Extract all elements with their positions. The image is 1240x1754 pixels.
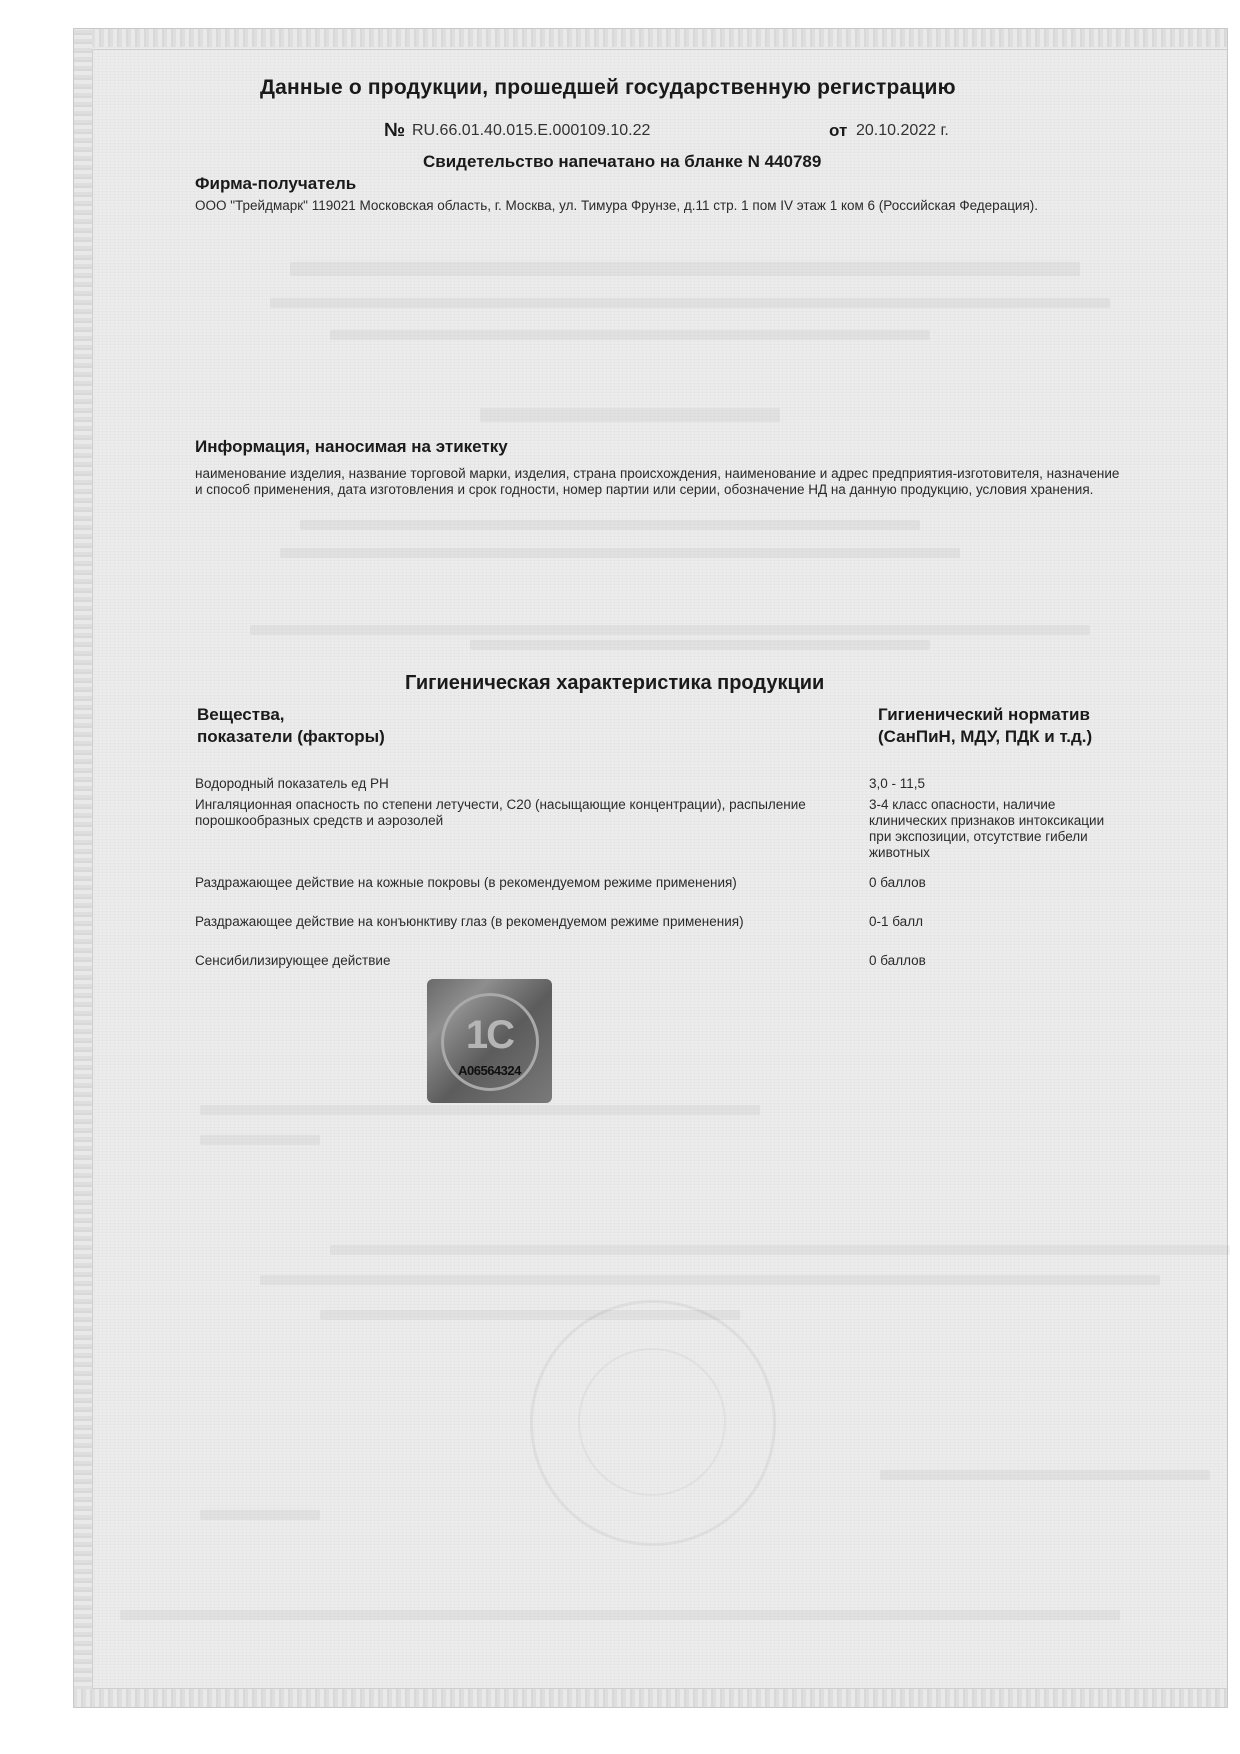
date-label: от <box>829 121 847 141</box>
label-info-text: наименование изделия, название торговой … <box>195 466 1120 498</box>
registration-date: 20.10.2022 г. <box>856 122 949 140</box>
column-header-substances: Вещества, показатели (факторы) <box>197 704 385 748</box>
table-row-substance: Раздражающее действие на конъюнктиву гла… <box>195 914 785 930</box>
table-row-norm: 3-4 класс опасности, наличие клинических… <box>869 797 1114 861</box>
ornamental-border-left <box>74 29 92 1707</box>
table-row-substance: Ингаляционная опасность по степени летуч… <box>195 797 865 829</box>
table-row-norm: 0-1 балл <box>869 914 1129 930</box>
ornamental-border-bottom <box>74 1689 1227 1707</box>
recipient-address: ООО "Трейдмарк" 119021 Московская област… <box>195 198 1075 214</box>
table-row-norm: 0 баллов <box>869 875 1129 891</box>
table-row-substance: Сенсибилизирующее действие <box>195 953 785 969</box>
number-label: № <box>384 120 405 142</box>
recipient-heading: Фирма-получатель <box>195 174 356 194</box>
ornamental-border-top <box>74 29 1227 47</box>
faint-seal-stamp <box>530 1300 776 1546</box>
table-row-substance: Водородный показатель ед PH <box>195 776 845 792</box>
label-info-heading: Информация, наносимая на этикетку <box>195 437 508 457</box>
column-header-norms: Гигиенический норматив (СанПиН, МДУ, ПДК… <box>878 704 1092 748</box>
table-row-substance: Раздражающее действие на кожные покровы … <box>195 875 785 891</box>
hologram-mark: 1С <box>427 1013 552 1058</box>
page-title: Данные о продукции, прошедшей государств… <box>260 76 956 100</box>
certification-hologram-icon: 1С A06564324 <box>427 979 552 1103</box>
hygiene-heading: Гигиеническая характеристика продукции <box>405 672 824 695</box>
blank-number-note: Свидетельство напечатано на бланке N 440… <box>423 152 821 172</box>
table-row-norm: 3,0 - 11,5 <box>869 776 1129 792</box>
table-row-norm: 0 баллов <box>869 953 1129 969</box>
registration-number: RU.66.01.40.015.E.000109.10.22 <box>412 122 650 140</box>
hologram-serial: A06564324 <box>427 1063 552 1078</box>
